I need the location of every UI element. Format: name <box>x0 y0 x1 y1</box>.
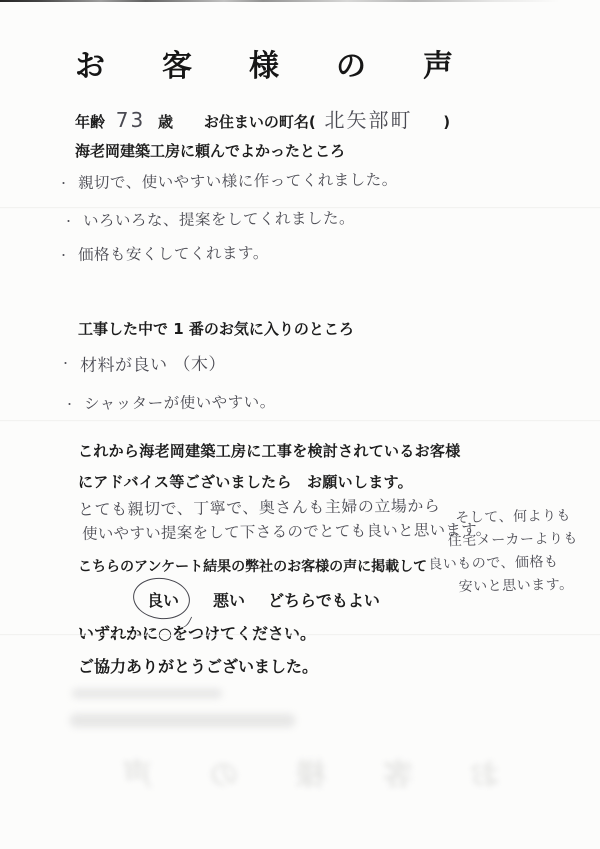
paper-crease <box>0 634 600 636</box>
option-good: 良い <box>147 588 179 611</box>
scan-edge-artifact <box>0 0 560 2</box>
age-label: 年齢 <box>75 113 105 131</box>
question2-answer-row: ・ 材料が良い （木） <box>60 351 226 376</box>
question1-answer-row: ・ いろいろな、提案をしてくれました。 <box>63 209 355 231</box>
circle-instruction: いずれかに○をつけてください。 <box>78 621 316 644</box>
side-note-line-4: 安いと思います。 <box>458 573 598 599</box>
question2-answer-2: シャッターが使いやすい。 <box>84 390 276 414</box>
age-unit-label: 歳 <box>158 113 173 131</box>
town-value-handwritten: 北矢部町 <box>324 108 412 132</box>
question2-answer-row: ・ シャッターが使いやすい。 <box>64 392 276 414</box>
bullet-icon: ・ <box>64 392 75 412</box>
bullet-icon: ・ <box>63 209 74 229</box>
publish-statement: こちらのアンケート結果の弊社のお客様の声に掲載して <box>78 556 427 576</box>
option-bad: 悪い <box>213 588 245 611</box>
question1-answer-2: いろいろな、提案をしてくれました。 <box>83 206 355 231</box>
side-note-line-1: そして、何よりも <box>455 504 597 530</box>
paper-crease <box>0 420 600 422</box>
town-label: お住まいの町名( <box>204 113 316 131</box>
question1-answer-row: ・ 価格も安くしてくれます。 <box>58 243 269 265</box>
bullet-icon: ・ <box>58 243 69 263</box>
question3-answer-line1: とても親切で、丁寧で、奥さんも主婦の立場から <box>78 493 441 520</box>
age-value-handwritten: 73 <box>116 108 145 132</box>
question2-answer-1: 材料が良い （木） <box>80 349 226 376</box>
side-note-line-2: 住宅メーカーよりも <box>448 527 598 553</box>
question3-heading-line1: これから海老岡建築工房に工事を検討されているお客様 <box>78 440 461 461</box>
ink-bleed-ghost <box>70 714 295 727</box>
question1-answer-row: ・ 親切で、使いやすい様に作ってくれました。 <box>58 171 398 193</box>
handwritten-side-note: そして、何よりも 住宅メーカーよりも 良いもので、価格も 安いと思います。 <box>427 504 599 600</box>
page-title: お客様の声 <box>75 50 510 84</box>
paper-crease <box>0 207 600 209</box>
question1-answer-1: 親切で、使いやすい様に作ってくれました。 <box>78 168 398 193</box>
town-close-paren: ) <box>443 113 450 131</box>
ink-bleed-ghost <box>72 689 222 698</box>
question3-heading-line2: にアドバイス等ございましたら お願いします。 <box>78 471 413 492</box>
bullet-icon: ・ <box>60 351 71 371</box>
profile-row: 年齢 73 歳 お住まいの町名( 北矢部町 ) <box>75 104 450 133</box>
option-either: どちらでもよい <box>268 588 380 611</box>
bullet-icon: ・ <box>58 171 69 191</box>
question2-heading: 工事した中で 1 番のお気に入りのところ <box>78 318 354 339</box>
question1-answer-3: 価格も安くしてくれます。 <box>78 241 269 265</box>
ink-bleed-ghost-title: お客様の声 <box>60 750 500 794</box>
question1-heading: 海老岡建築工房に頼んでよかったところ <box>75 140 345 161</box>
scanned-survey-page: お客様の声 年齢 73 歳 お住まいの町名( 北矢部町 ) 海老岡建築工房に頼ん… <box>0 0 600 849</box>
thanks-message: ご協力ありがとうございました。 <box>78 654 318 677</box>
